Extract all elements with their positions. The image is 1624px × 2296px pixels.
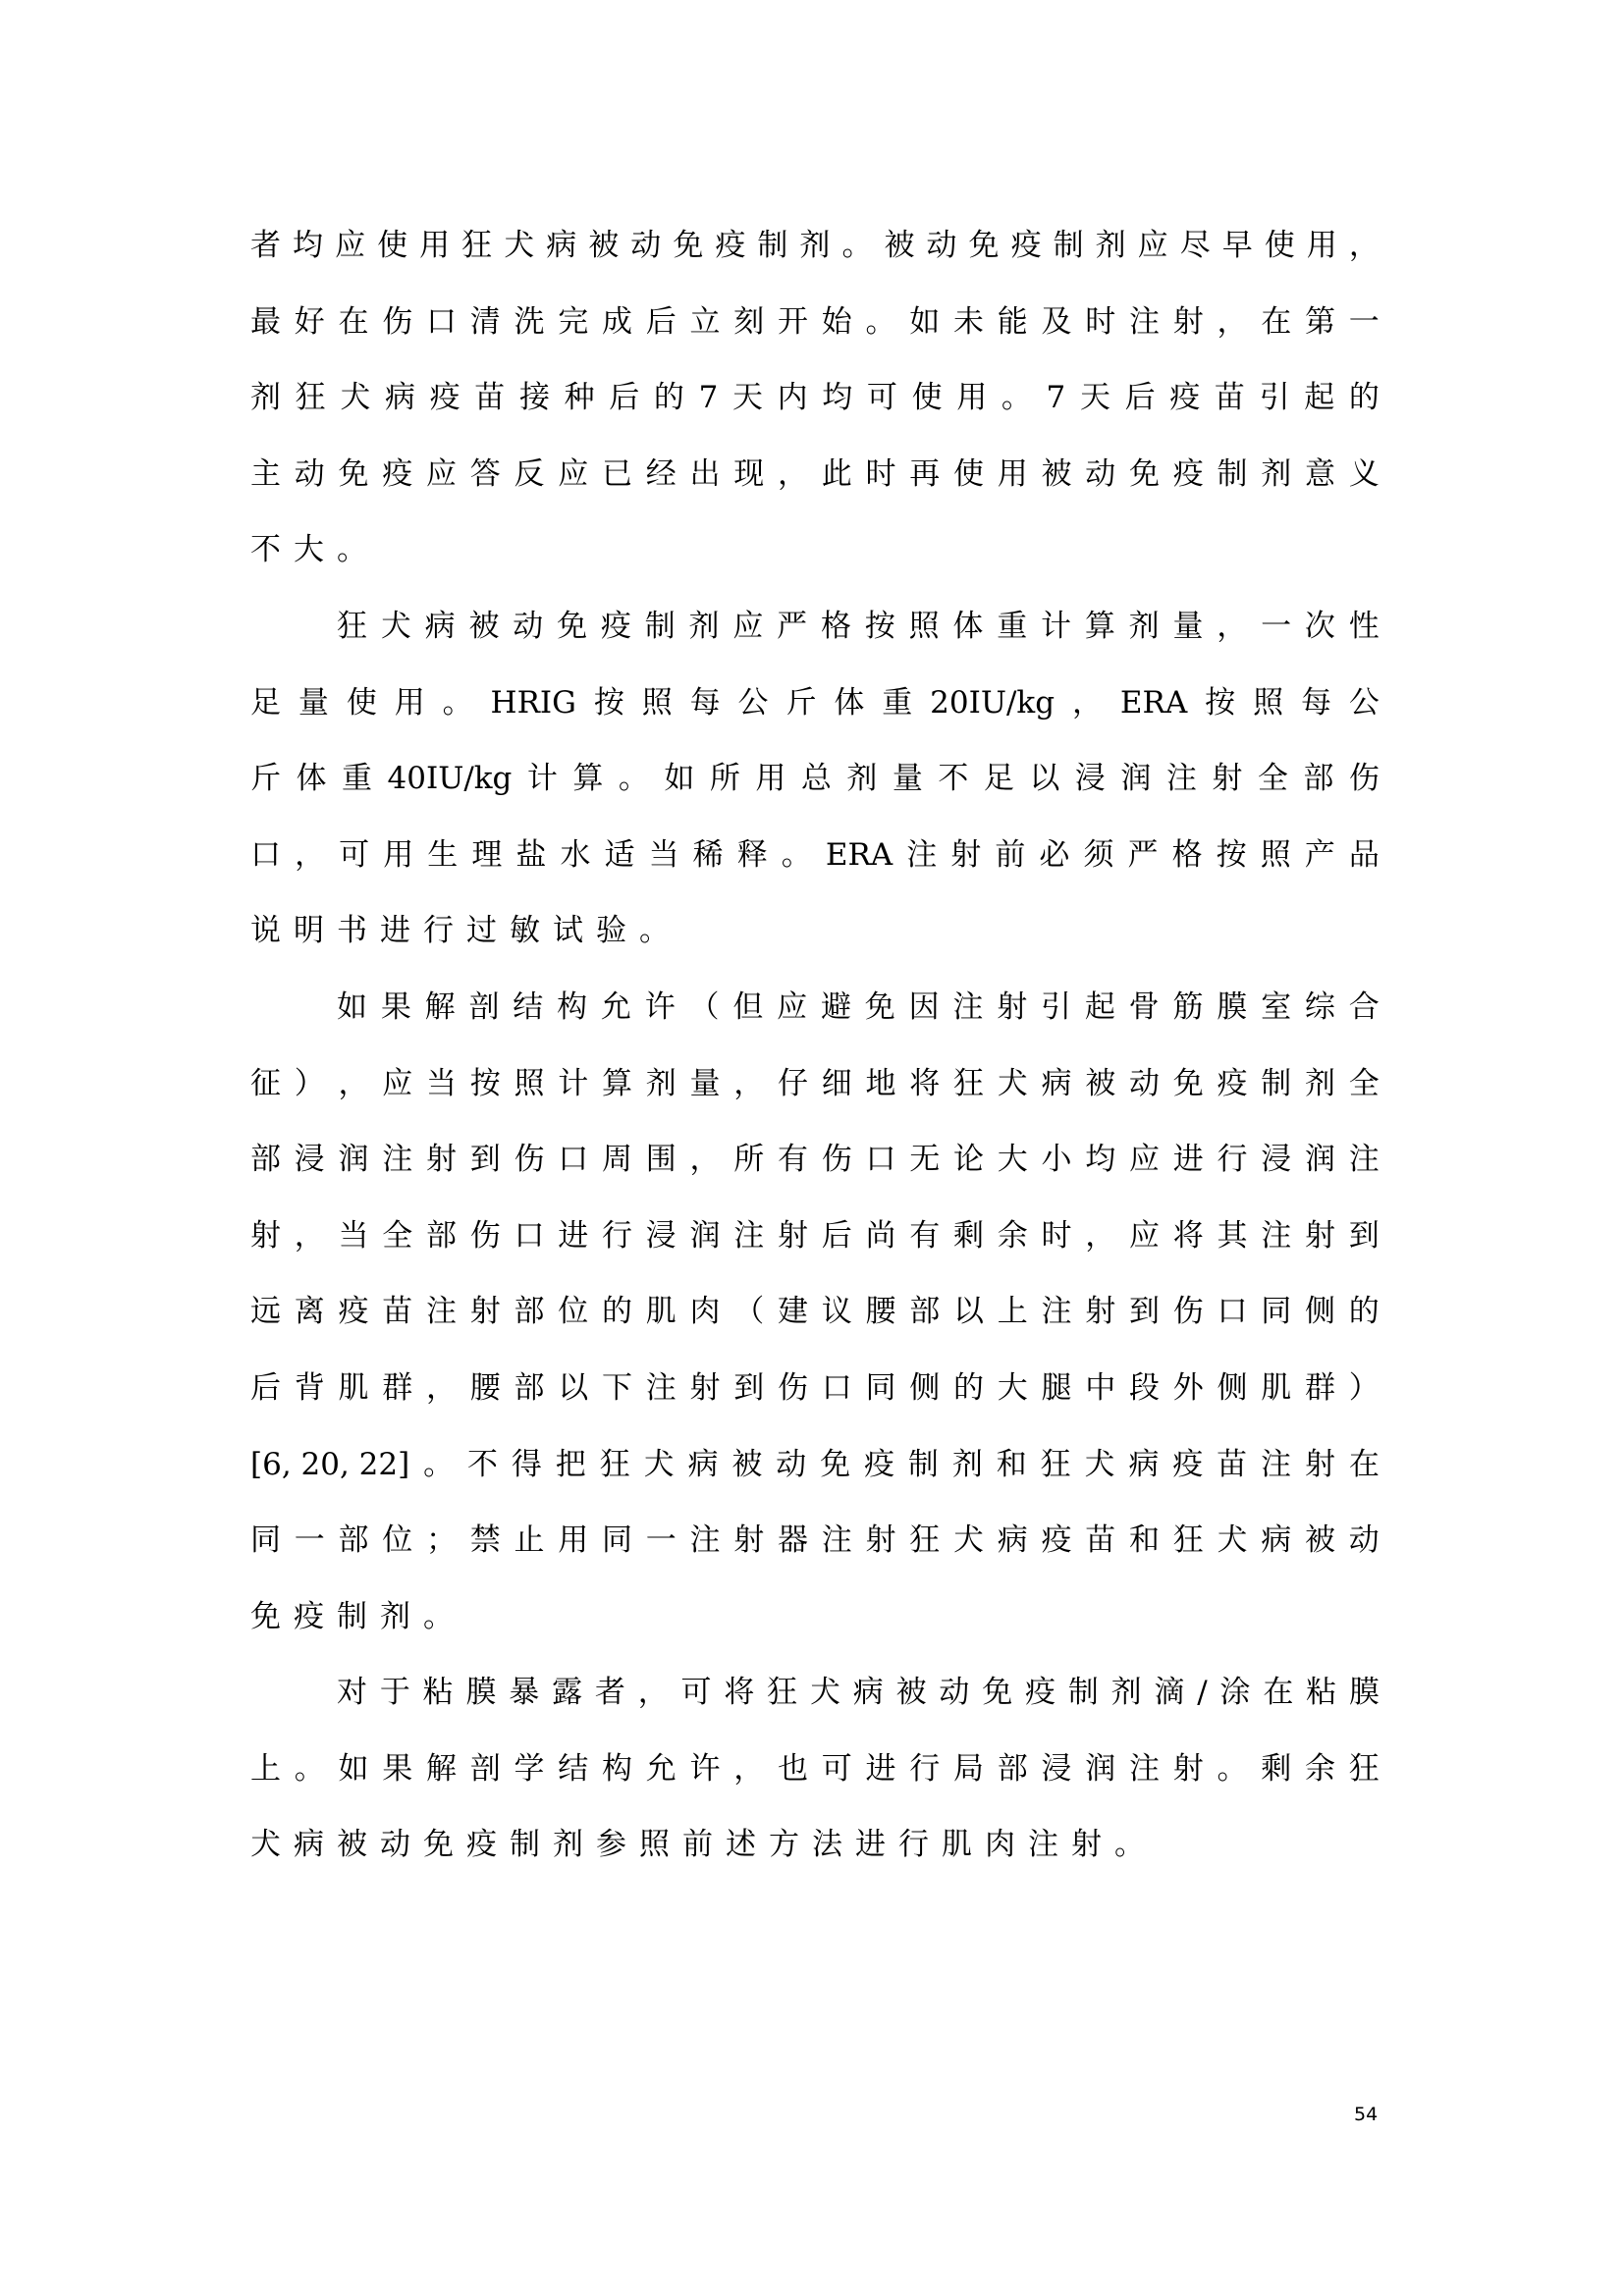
text-line: 口，可用生理盐水适当稀释。ERA注射前必须严格按照产品 (250, 818, 1380, 894)
text-line: 不大。 (250, 512, 1380, 589)
paragraph-2: 狂犬病被动免疫制剂应严格按照体重计算剂量，一次性 足量使用。HRIG按照每公斤体… (250, 589, 1380, 970)
document-page: 者均应使用狂犬病被动免疫制剂。被动免疫制剂应尽早使用， 最好在伤口清洗完成后立刻… (0, 0, 1624, 2296)
text-line: 如果解剖结构允许（但应避免因注射引起骨筋膜室综合 (250, 970, 1380, 1046)
text-line: 部浸润注射到伤口周围，所有伤口无论大小均应进行浸润注 (250, 1122, 1380, 1199)
text-line: 对于粘膜暴露者，可将狂犬病被动免疫制剂滴/涂在粘膜 (250, 1655, 1380, 1732)
text-line: 斤体重40IU/kg计算。如所用总剂量不足以浸润注射全部伤 (250, 741, 1380, 818)
text-line: 征），应当按照计算剂量，仔细地将狂犬病被动免疫制剂全 (250, 1046, 1380, 1123)
paragraph-3: 如果解剖结构允许（但应避免因注射引起骨筋膜室综合 征），应当按照计算剂量，仔细地… (250, 970, 1380, 1655)
text-line: 免疫制剂。 (250, 1579, 1380, 1656)
text-line: 者均应使用狂犬病被动免疫制剂。被动免疫制剂应尽早使用， (250, 208, 1380, 285)
text-line: [6, 20, 22]。不得把狂犬病被动免疫制剂和狂犬病疫苗注射在 (250, 1427, 1380, 1504)
text-line: 最好在伤口清洗完成后立刻开始。如未能及时注射，在第一 (250, 285, 1380, 361)
paragraph-4: 对于粘膜暴露者，可将狂犬病被动免疫制剂滴/涂在粘膜 上。如果解剖学结构允许，也可… (250, 1655, 1380, 1884)
text-line: 犬病被动免疫制剂参照前述方法进行肌肉注射。 (250, 1807, 1380, 1884)
paragraph-1: 者均应使用狂犬病被动免疫制剂。被动免疫制剂应尽早使用， 最好在伤口清洗完成后立刻… (250, 208, 1380, 589)
text-line: 说明书进行过敏试验。 (250, 893, 1380, 970)
text-line: 远离疫苗注射部位的肌肉（建议腰部以上注射到伤口同侧的 (250, 1274, 1380, 1351)
text-line: 射，当全部伤口进行浸润注射后尚有剩余时，应将其注射到 (250, 1199, 1380, 1275)
text-line: 足量使用。HRIG按照每公斤体重20IU/kg，ERA按照每公 (250, 666, 1380, 742)
text-line: 上。如果解剖学结构允许，也可进行局部浸润注射。剩余狂 (250, 1732, 1380, 1808)
text-line: 后背肌群，腰部以下注射到伤口同侧的大腿中段外侧肌群） (250, 1351, 1380, 1427)
text-line: 同一部位；禁止用同一注射器注射狂犬病疫苗和狂犬病被动 (250, 1503, 1380, 1579)
body-text: 者均应使用狂犬病被动免疫制剂。被动免疫制剂应尽早使用， 最好在伤口清洗完成后立刻… (250, 208, 1380, 1884)
page-number: 54 (1354, 2104, 1378, 2125)
text-line: 剂狂犬病疫苗接种后的7天内均可使用。7天后疫苗引起的 (250, 360, 1380, 437)
text-line: 狂犬病被动免疫制剂应严格按照体重计算剂量，一次性 (250, 589, 1380, 666)
text-line: 主动免疫应答反应已经出现，此时再使用被动免疫制剂意义 (250, 437, 1380, 513)
